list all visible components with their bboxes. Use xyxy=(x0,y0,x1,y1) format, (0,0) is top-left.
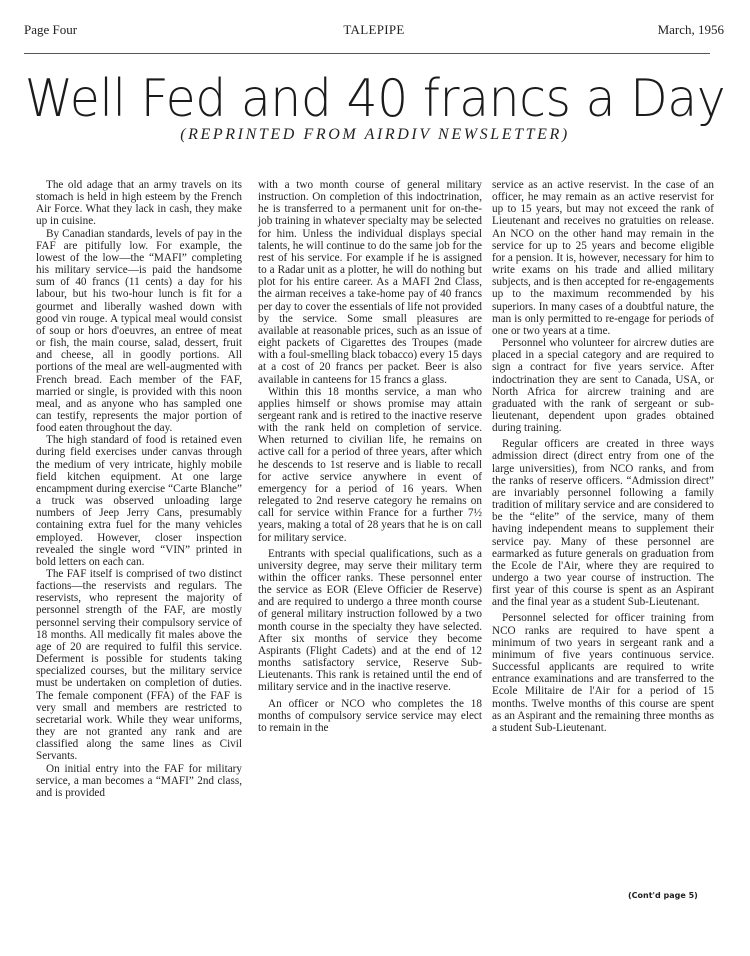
paragraph: The high standard of food is retained ev… xyxy=(36,434,242,568)
paragraph: with a two month course of general milit… xyxy=(258,179,482,386)
paragraph: The old adage that an army travels on it… xyxy=(36,179,242,228)
article-column-2: with a two month course of general milit… xyxy=(258,179,482,734)
paragraph: Personnel who volunteer for aircrew duti… xyxy=(492,337,714,434)
paragraph: The FAF itself is comprised of two disti… xyxy=(36,568,242,763)
newsletter-page: Page Four TALEPIPE March, 1956 Well Fed … xyxy=(0,0,750,956)
publication-name: TALEPIPE xyxy=(24,22,724,38)
article-subtitle: (REPRINTED FROM AIRDIV NEWSLETTER) xyxy=(0,126,750,144)
continuation-note: (Cont'd page 5) xyxy=(628,891,698,900)
paragraph: Within this 18 months service, a man who… xyxy=(258,386,482,544)
header-rule xyxy=(24,53,710,54)
paragraph: Entrants with special qualifications, su… xyxy=(258,548,482,694)
paragraph: An officer or NCO who completes the 18 m… xyxy=(258,698,482,734)
paragraph: By Canadian standards, levels of pay in … xyxy=(36,228,242,435)
running-header: Page Four TALEPIPE March, 1956 xyxy=(24,18,724,38)
paragraph: Personnel selected for officer training … xyxy=(492,612,714,734)
issue-date: March, 1956 xyxy=(658,22,724,38)
paragraph: Regular officers are created in three wa… xyxy=(492,438,714,608)
paragraph: On initial entry into the FAF for milita… xyxy=(36,763,242,799)
paragraph: service as an active reservist. In the c… xyxy=(492,179,714,337)
article-column-1: The old adage that an army travels on it… xyxy=(36,179,242,799)
article-title: Well Fed and 40 francs a Day xyxy=(23,64,728,134)
article-column-3: service as an active reservist. In the c… xyxy=(492,179,714,734)
